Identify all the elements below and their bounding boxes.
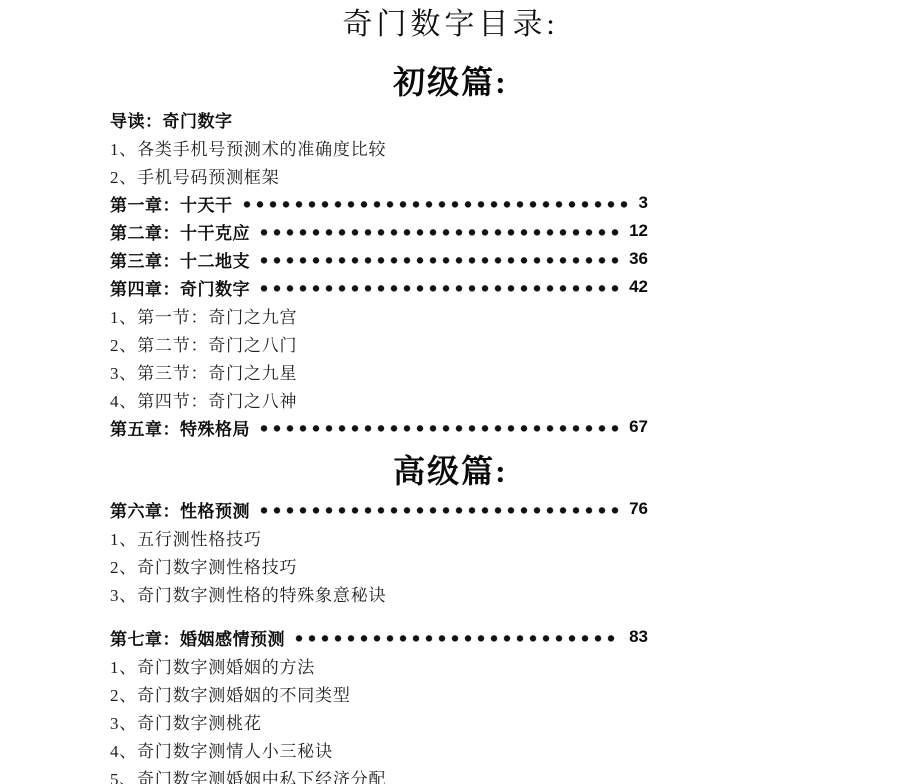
toc-chapter-row: 第七章：婚姻感情预测 83 (110, 623, 648, 651)
toc-subheading: 导读：奇门数字 (110, 105, 648, 133)
dot-leader (258, 273, 620, 301)
heading-column: 高级篇: (0, 451, 901, 491)
toc-item: 3、第三节：奇门之九星 (110, 357, 648, 385)
chapter-title: 第二章：十干克应 (110, 219, 250, 244)
toc-item: 2、第二节：奇门之八门 (110, 329, 648, 357)
chapter-title: 第六章：性格预测 (110, 497, 250, 522)
toc-item: 4、奇门数字测情人小三秘诀 (110, 735, 648, 763)
chapter-title: 第一章：十天干 (110, 191, 233, 216)
toc-item: 3、奇门数字测桃花 (110, 707, 648, 735)
dot-leader (258, 495, 620, 523)
dot-leader (241, 189, 630, 217)
toc-item: 2、奇门数字测性格技巧 (110, 551, 648, 579)
toc-item: 1、奇门数字测婚姻的方法 (110, 651, 648, 679)
toc-item: 2、手机号码预测框架 (110, 161, 648, 189)
toc-chapter-row: 第六章：性格预测 76 (110, 495, 648, 523)
toc-chapter-row: 第二章：十干克应 12 (110, 217, 648, 245)
chapter-page-number: 36 (629, 249, 648, 269)
toc-list-advanced: 第六章：性格预测 76 1、五行测性格技巧 2、奇门数字测性格技巧 3、奇门数字… (110, 495, 648, 784)
toc-document-page: 奇门数字目录: 初级篇: 导读：奇门数字 1、各类手机号预测术的准确度比较 2、… (0, 0, 919, 784)
toc-chapter-row: 第三章：十二地支 36 (110, 245, 648, 273)
toc-item: 3、奇门数字测性格的特殊象意秘诀 (110, 579, 648, 607)
chapter-title: 第三章：十二地支 (110, 247, 250, 272)
toc-item: 1、各类手机号预测术的准确度比较 (110, 133, 648, 161)
dot-leader (293, 623, 620, 651)
heading-column: 奇门数字目录: 初级篇: (0, 6, 901, 102)
chapter-title: 第四章：奇门数字 (110, 275, 250, 300)
dot-leader (258, 245, 620, 273)
toc-chapter-row: 第五章：特殊格局 67 (110, 413, 648, 441)
toc-item: 5、奇门数字测婚姻中私下经济分配 (110, 763, 648, 784)
page-title: 奇门数字目录: (0, 6, 901, 44)
dot-leader (258, 217, 620, 245)
chapter-title: 第七章：婚姻感情预测 (110, 625, 285, 650)
chapter-page-number: 83 (629, 627, 648, 647)
toc-chapter-row: 第一章：十天干 3 (110, 189, 648, 217)
toc-chapter-row: 第四章：奇门数字 42 (110, 273, 648, 301)
chapter-page-number: 42 (629, 277, 648, 297)
toc-list-beginner: 导读：奇门数字 1、各类手机号预测术的准确度比较 2、手机号码预测框架 第一章：… (110, 105, 648, 441)
section-heading-beginner: 初级篇: (0, 62, 901, 102)
chapter-page-number: 67 (629, 417, 648, 437)
chapter-page-number: 12 (629, 221, 648, 241)
toc-item: 2、奇门数字测婚姻的不同类型 (110, 679, 648, 707)
chapter-title: 第五章：特殊格局 (110, 415, 250, 440)
toc-item: 1、五行测性格技巧 (110, 523, 648, 551)
chapter-page-number: 76 (629, 499, 648, 519)
toc-item: 4、第四节：奇门之八神 (110, 385, 648, 413)
chapter-page-number: 3 (639, 193, 648, 213)
dot-leader (258, 413, 620, 441)
toc-item: 1、第一节：奇门之九宫 (110, 301, 648, 329)
section-heading-advanced: 高级篇: (0, 451, 901, 491)
